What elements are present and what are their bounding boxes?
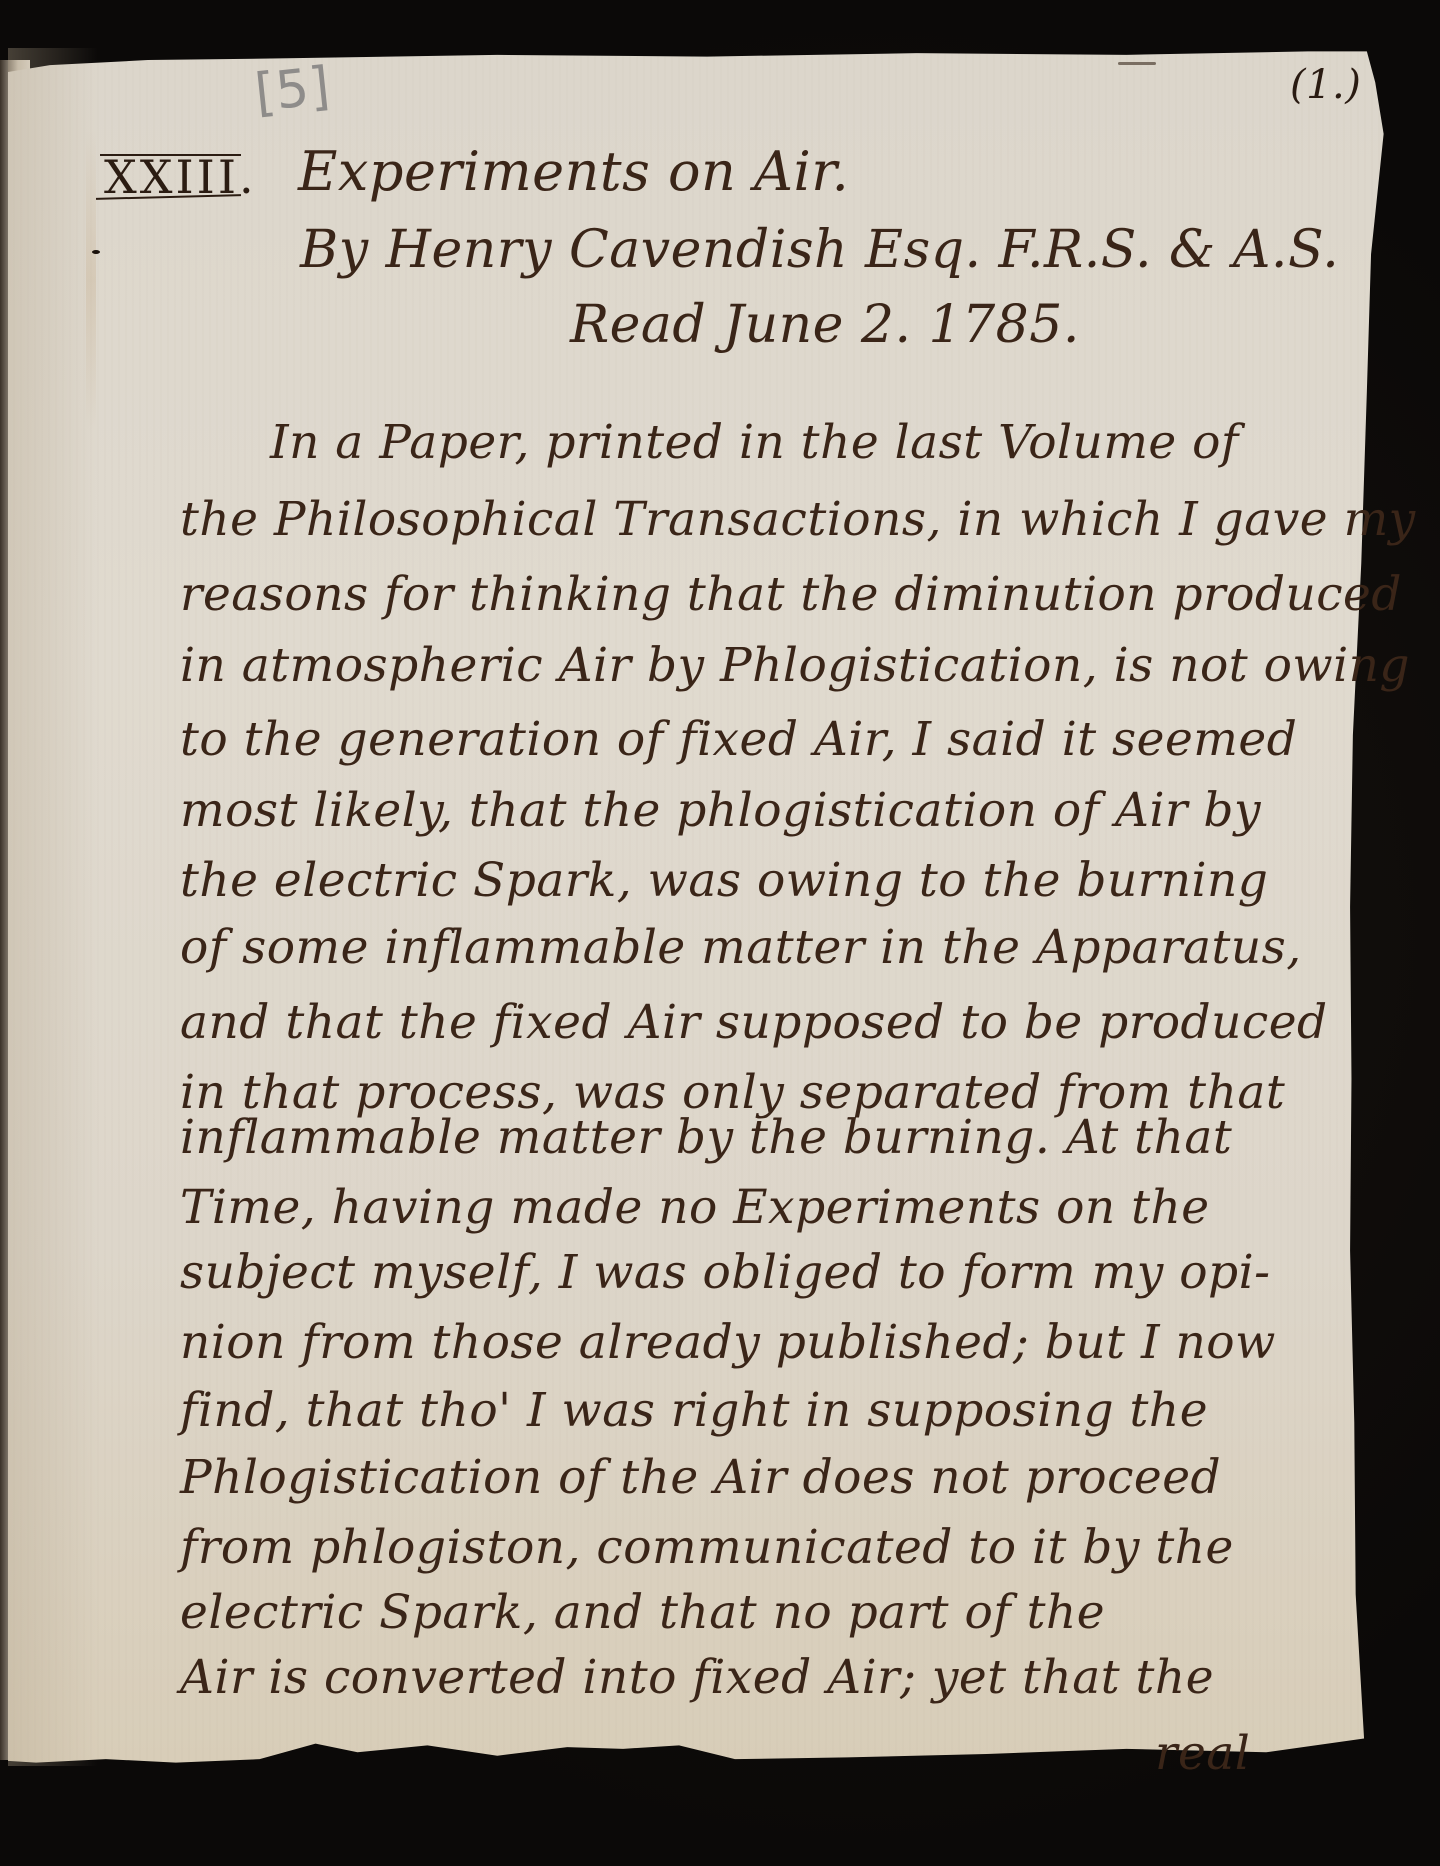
pencil-mark bbox=[1118, 62, 1156, 65]
body-line: nion from those already published; but I… bbox=[180, 1315, 1276, 1370]
author-byline: By Henry Cavendish Esq. F.R.S. & A.S. bbox=[300, 220, 1339, 280]
ink-blot bbox=[92, 250, 100, 254]
article-number: XXIII. bbox=[104, 150, 257, 204]
body-line: Phlogistication of the Air does not proc… bbox=[180, 1450, 1221, 1505]
body-line: In a Paper, printed in the last Volume o… bbox=[270, 415, 1239, 470]
body-line: Air is converted into fixed Air; yet tha… bbox=[180, 1650, 1214, 1705]
body-line: subject myself, I was obliged to form my… bbox=[180, 1245, 1271, 1300]
body-line: reasons for thinking that the diminution… bbox=[180, 567, 1402, 622]
body-line: in atmospheric Air by Phlogistication, i… bbox=[180, 638, 1410, 693]
body-line: Time, having made no Experiments on the bbox=[180, 1180, 1210, 1235]
body-line: to the generation of fixed Air, I said i… bbox=[180, 712, 1297, 767]
folio-number: (1.) bbox=[1290, 62, 1361, 108]
body-line: the electric Spark, was owing to the bur… bbox=[180, 853, 1268, 908]
body-line: most likely, that the phlogistication of… bbox=[180, 783, 1261, 838]
body-line: inflammable matter by the burning. At th… bbox=[180, 1110, 1232, 1165]
body-line: electric Spark, and that no part of the bbox=[180, 1585, 1105, 1640]
body-line: find, that tho' I was right in supposing… bbox=[180, 1383, 1208, 1438]
document-title: Experiments on Air. bbox=[298, 140, 849, 203]
read-date: Read June 2. 1785. bbox=[570, 295, 1080, 355]
body-line: from phlogiston, communicated to it by t… bbox=[180, 1520, 1234, 1575]
body-line: the Philosophical Transactions, in which… bbox=[180, 492, 1416, 547]
body-line: of some inflammable matter in the Appara… bbox=[180, 920, 1302, 975]
body-line: and that the fixed Air supposed to be pr… bbox=[180, 995, 1328, 1050]
paper-stain bbox=[86, 130, 96, 430]
catchword: real bbox=[1155, 1726, 1250, 1781]
pencil-annotation: [5] bbox=[252, 56, 333, 124]
